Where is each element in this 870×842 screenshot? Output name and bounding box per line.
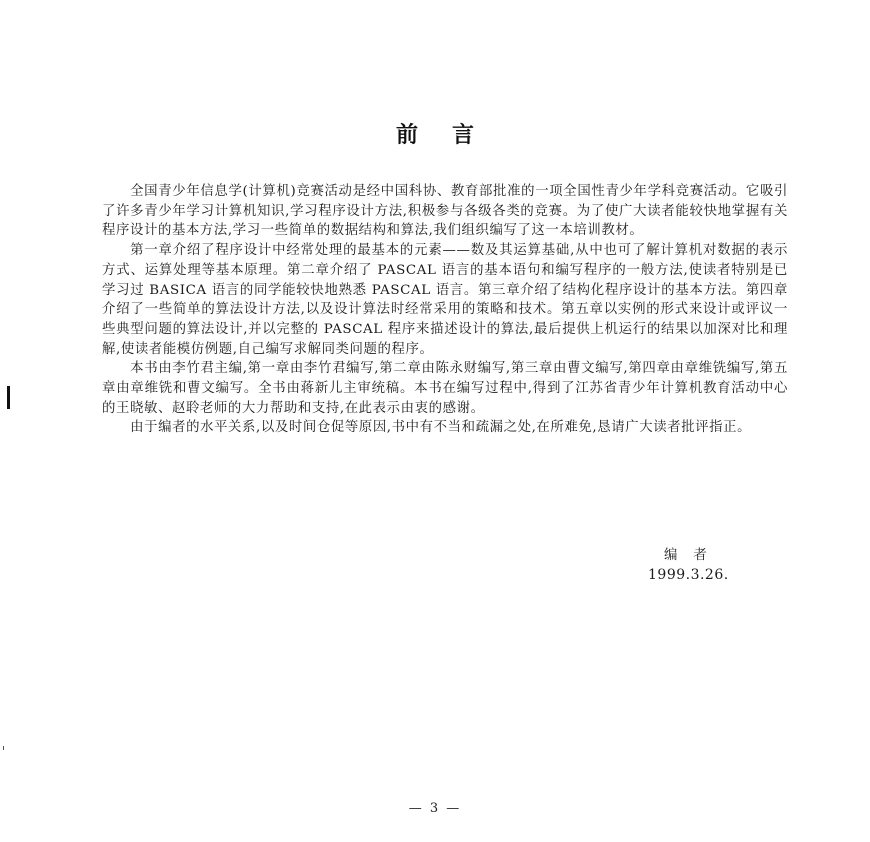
page-number: — 3 — bbox=[0, 801, 870, 816]
paragraph-authors: 本书由李竹君主编,第一章由李竹君编写,第二章由陈永财编写,第三章由曹文编写,第四… bbox=[102, 359, 788, 418]
paragraph-chapters: 第一章介绍了程序设计中经常处理的最基本的元素——数及其运算基础,从中也可了解计算… bbox=[102, 241, 788, 359]
scan-edge-dot bbox=[3, 746, 4, 750]
scan-edge-mark bbox=[7, 386, 10, 409]
preface-body: 全国青少年信息学(计算机)竞赛活动是经中国科协、教育部批准的一项全国性青少年学科… bbox=[102, 182, 788, 438]
page-title: 前言 bbox=[0, 118, 870, 149]
document-page: 前言 全国青少年信息学(计算机)竞赛活动是经中国科协、教育部批准的一项全国性青少… bbox=[0, 0, 870, 842]
paragraph-apology: 由于编者的水平关系,以及时间仓促等原因,书中有不当和疏漏之处,在所难免,恳请广大… bbox=[102, 418, 788, 438]
paragraph-intro: 全国青少年信息学(计算机)竞赛活动是经中国科协、教育部批准的一项全国性青少年学科… bbox=[102, 182, 788, 241]
signature-author: 编者 bbox=[664, 544, 723, 563]
signature-date: 1999.3.26. bbox=[648, 567, 729, 583]
